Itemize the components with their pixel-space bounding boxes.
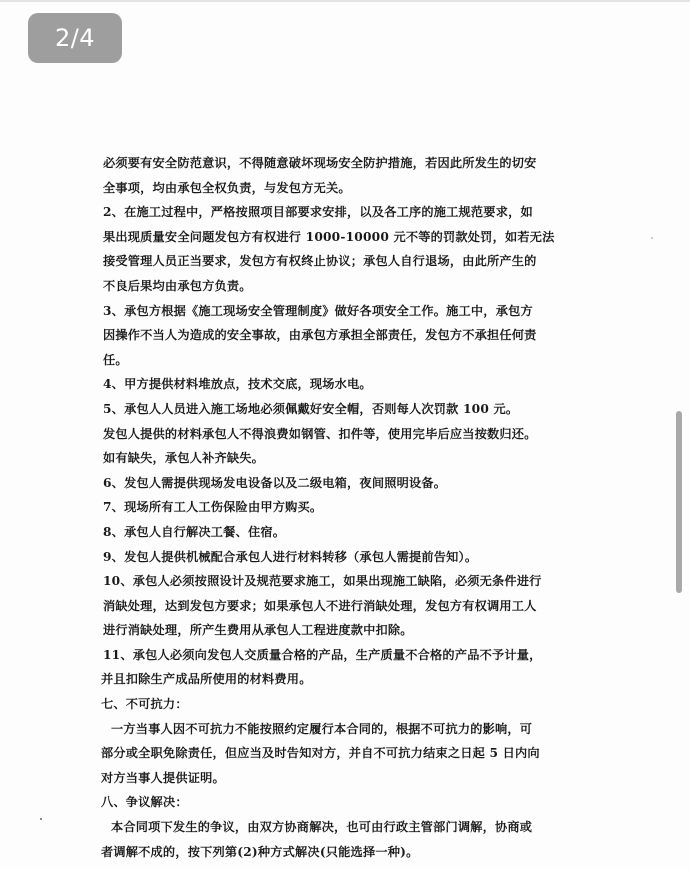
clause-4: 4、甲方提供材料堆放点，技术交底，现场水电。: [103, 372, 573, 397]
clause-6: 6、发包人需提供现场发电设备以及二级电箱，夜间照明设备。: [103, 471, 573, 496]
clause-7: 7、现场所有工人工伤保险由甲方购买。: [103, 495, 573, 520]
clause-8: 8、承包人自行解决工餐、住宿。: [103, 520, 573, 545]
text-line: 对方当事人提供证明。: [101, 766, 573, 791]
clause-2: 2、在施工过程中，严格按照项目部要求安排，以及各工序的施工规范要求，如: [103, 200, 573, 225]
scan-speck: [651, 237, 653, 239]
text-line: 任。: [103, 348, 573, 373]
scan-speck: [40, 818, 42, 820]
text-line: 果出现质量安全问题发包方有权进行 1000-10000 元不等的罚款处罚，如若无…: [103, 225, 573, 250]
text-line: 必须要有安全防范意识，不得随意破坏现场安全防护措施，若因此所发生的切安: [103, 151, 573, 176]
text-line: 一方当事人因不可抗力不能按照约定履行本合同的，根据不可抗力的影响，可: [103, 717, 573, 742]
section-heading-dispute-resolution: 八、争议解决：: [101, 790, 573, 815]
text-line: 本合同项下发生的争议，由双方协商解决，也可由行政主管部门调解，协商或: [103, 815, 573, 840]
text-line: 进行消缺处理，所产生费用从承包人工程进度款中扣除。: [103, 618, 573, 643]
text-line: 全事项，均由承包全权负责，与发包方无关。: [103, 176, 573, 201]
page-indicator-badge: 2/4: [28, 13, 122, 63]
clause-5: 5、承包人人员进入施工场地必须佩戴好安全帽，否则每人次罚款 100 元。: [103, 397, 573, 422]
clause-9: 9、发包人提供机械配合承包人进行材料转移（承包人需提前告知）。: [103, 545, 573, 570]
scrollbar-thumb[interactable]: [676, 411, 682, 593]
top-divider: [0, 0, 690, 2]
clause-3: 3、承包方根据《施工现场安全管理制度》做好各项安全工作。施工中，承包方: [103, 299, 573, 324]
text-line: 因操作不当人为造成的安全事故，由承包方承担全部责任，发包方不承担任何责: [103, 323, 573, 348]
text-line: 并且扣除生产成品所使用的材料费用。: [101, 667, 573, 692]
text-line: 消缺处理，达到发包方要求；如果承包人不进行消缺处理，发包方有权调用工人: [103, 594, 573, 619]
text-line: 发包人提供的材料承包人不得浪费如钢管、扣件等，使用完毕后应当按数归还。: [103, 422, 573, 447]
document-body: 必须要有安全防范意识，不得随意破坏现场安全防护措施，若因此所发生的切安 全事项，…: [103, 151, 573, 864]
section-heading-force-majeure: 七、不可抗力：: [101, 692, 573, 717]
text-line: 者调解不成的，按下列第(2)种方式解决(只能选择一种)。: [101, 840, 573, 865]
text-line: 接受管理人员正当要求，发包方有权终止协议；承包人自行退场，由此所产生的: [103, 249, 573, 274]
text-line: 不良后果均由承包方负责。: [103, 274, 573, 299]
text-line: 部分或全职免除责任，但应当及时告知对方，并自不可抗力结束之日起 5 日内向: [101, 741, 573, 766]
clause-10: 10、承包人必须按照设计及规范要求施工，如果出现施工缺陷，必须无条件进行: [103, 569, 573, 594]
clause-11: 11、承包人必须向发包人交质量合格的产品，生产质量不合格的产品不予计量，: [103, 643, 573, 668]
text-line: 如有缺失，承包人补齐缺失。: [103, 446, 573, 471]
